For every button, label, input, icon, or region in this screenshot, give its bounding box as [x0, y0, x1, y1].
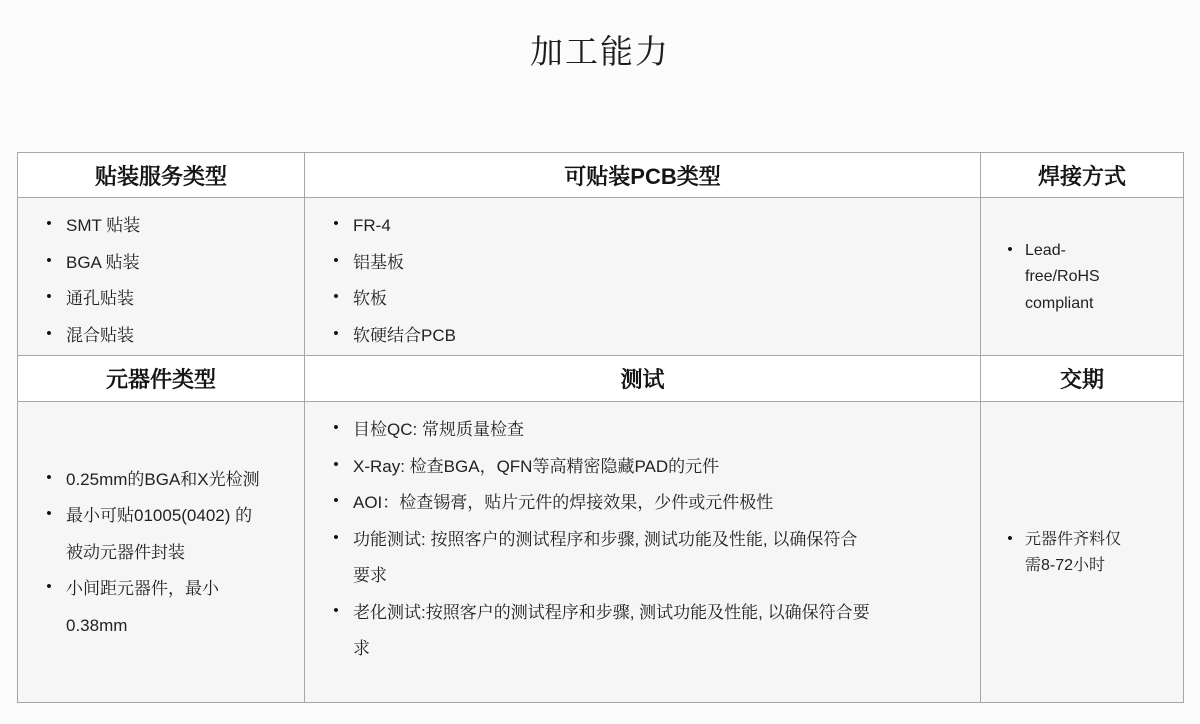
list-item: • X-Ray: 检查BGA，QFN等高精密隐藏PAD的元件 — [319, 449, 966, 486]
list-item: • 通孔贴装 — [32, 281, 290, 318]
slide: 加工能力 贴装服务类型 可贴装PCB类型 焊接方式 • SMT 贴装 • BGA… — [0, 0, 1200, 724]
cell-lead-time: • 元器件齐料仅 需8-72小时 — [981, 402, 1183, 702]
header-mounting-service-type: 贴装服务类型 — [18, 153, 304, 197]
bullet-icon: • — [319, 449, 353, 481]
list-item: • BGA 贴装 — [32, 245, 290, 282]
list-item: • 铝基板 — [319, 245, 966, 282]
list-item: • FR-4 — [319, 208, 966, 245]
bullet-icon: • — [32, 281, 66, 313]
bullet-icon: • — [319, 522, 353, 554]
list-item: • 混合贴装 — [32, 318, 290, 355]
list-item: • 老化测试:按照客户的测试程序和步骤, 测试功能及性能, 以确保符合要 求 — [319, 595, 966, 668]
bullet-icon: • — [32, 462, 66, 494]
header-pcb-type: 可贴装PCB类型 — [305, 153, 980, 197]
list-item: • 目检QC: 常规质量检查 — [319, 412, 966, 449]
list-item: • AOI：检查锡膏，贴片元件的焊接效果，少件或元件极性 — [319, 485, 966, 522]
bullet-icon: • — [319, 485, 353, 517]
bullet-icon: • — [319, 281, 353, 313]
list-item: • 软硬结合PCB — [319, 318, 966, 355]
list-item: • 软板 — [319, 281, 966, 318]
cell-testing-list: • 目检QC: 常规质量检查 • X-Ray: 检查BGA，QFN等高精密隐藏P… — [305, 402, 980, 702]
header-component-type: 元器件类型 — [18, 356, 304, 401]
list-item: • 功能测试: 按照客户的测试程序和步骤, 测试功能及性能, 以确保符合 要求 — [319, 522, 966, 595]
cell-mounting-service-list: • SMT 贴装 • BGA 贴装 • 通孔贴装 • 混合贴装 — [18, 198, 304, 355]
cell-soldering-method: • Lead- free/RoHS compliant — [981, 198, 1183, 355]
capability-table: 贴装服务类型 可贴装PCB类型 焊接方式 • SMT 贴装 • BGA 贴装 •… — [17, 152, 1184, 703]
list-item: • 最小可贴01005(0402) 的 被动元器件封装 — [32, 498, 290, 571]
bullet-icon: • — [32, 208, 66, 240]
list-item: • 小间距元器件，最小 0.38mm — [32, 571, 290, 644]
header-testing: 测试 — [305, 356, 980, 401]
cell-component-type-list: • 0.25mm的BGA和X光检测 • 最小可贴01005(0402) 的 被动… — [18, 402, 304, 702]
bullet-icon: • — [995, 238, 1025, 263]
list-item: • Lead- free/RoHS compliant — [995, 238, 1169, 317]
header-soldering-method: 焊接方式 — [981, 153, 1183, 197]
list-item: • SMT 贴装 — [32, 208, 290, 245]
page-title: 加工能力 — [0, 26, 1200, 73]
list-item: • 元器件齐料仅 需8-72小时 — [995, 527, 1169, 580]
bullet-icon: • — [995, 527, 1025, 552]
bullet-icon: • — [32, 245, 66, 277]
bullet-icon: • — [319, 412, 353, 444]
bullet-icon: • — [319, 245, 353, 277]
header-lead-time: 交期 — [981, 356, 1183, 401]
bullet-icon: • — [319, 208, 353, 240]
bullet-icon: • — [32, 571, 66, 603]
bullet-icon: • — [319, 595, 353, 627]
bullet-icon: • — [32, 498, 66, 530]
list-item: • 0.25mm的BGA和X光检测 — [32, 462, 290, 499]
cell-pcb-type-list: • FR-4 • 铝基板 • 软板 • 软硬结合PCB — [305, 198, 980, 355]
bullet-icon: • — [32, 318, 66, 350]
bullet-icon: • — [319, 318, 353, 350]
